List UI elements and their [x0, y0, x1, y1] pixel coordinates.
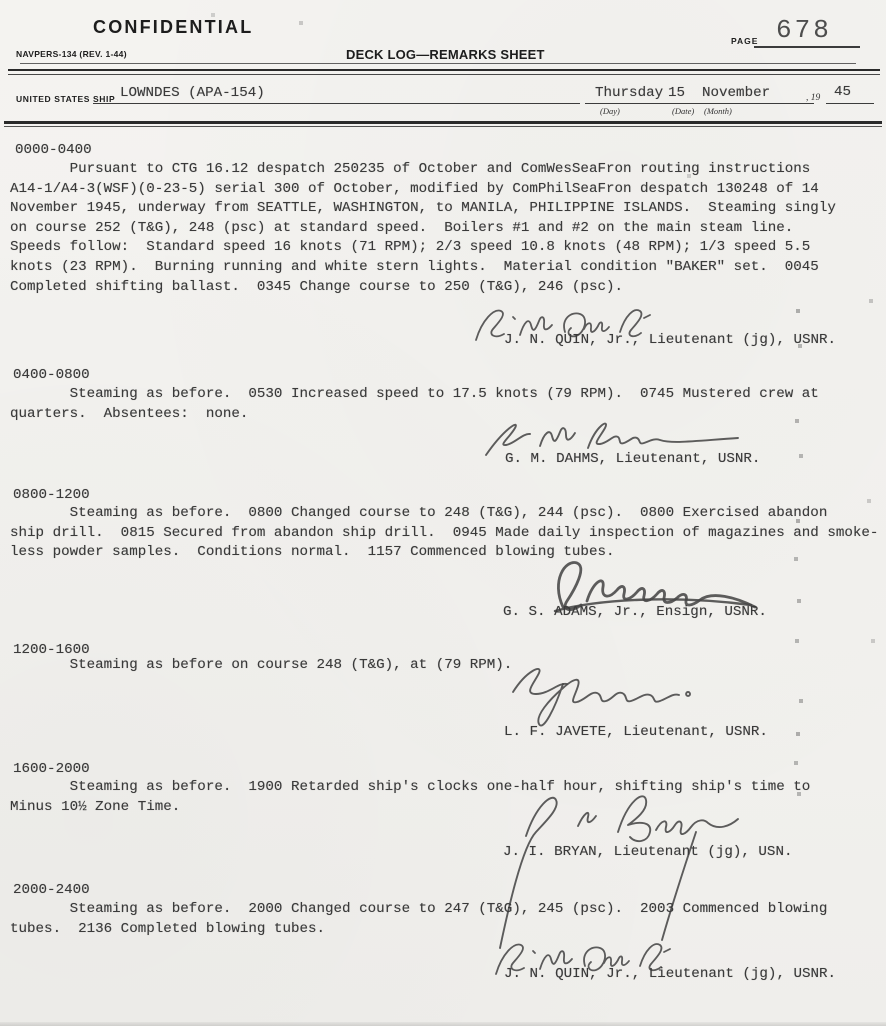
form-number: NAVPERS-134 (REV. 1-44): [16, 49, 127, 59]
page-number: 678: [776, 15, 832, 45]
date-date-value: 15: [668, 84, 685, 104]
scan-specks: [0, 0, 2, 2]
header-thin-rule: [20, 63, 856, 64]
entry-period: 0800-1200: [13, 486, 90, 506]
date-day-value: Thursday: [595, 84, 663, 104]
entry-text: Steaming as before. 0800 Changed course …: [10, 504, 878, 563]
signature-typed: J. I. BRYAN, Lieutenant (jg), USN.: [503, 844, 792, 860]
page-number-underline: [754, 46, 860, 48]
date-underline: [585, 103, 814, 104]
subheader-heavy-rule-1: [4, 121, 882, 124]
header-heavy-rule-1: [8, 69, 880, 71]
entry-text: Steaming as before on course 248 (T&G), …: [10, 656, 512, 676]
signature-typed: J. N. QUIN, Jr., Lieutenant (jg), USNR.: [504, 332, 836, 348]
signature-typed: J. N. QUIN, Jr., Lieutenant (jg), USNR.: [504, 966, 836, 982]
signature-typed: L. F. JAVETE, Lieutenant, USNR.: [504, 724, 768, 740]
entry-text: Steaming as before. 2000 Changed course …: [10, 900, 827, 939]
day-caption: (Day): [600, 106, 620, 116]
scan-bottom-edge: [0, 1022, 886, 1026]
entry-period: 1600-2000: [13, 760, 90, 780]
year-prefix: , 19: [806, 93, 820, 103]
entry-period: 2000-2400: [13, 881, 90, 901]
date-month-value: November: [702, 84, 770, 104]
sheet-title: DECK LOG—REMARKS SHEET: [346, 47, 545, 62]
ship-name-underline: [93, 103, 580, 104]
entry-text: Pursuant to CTG 16.12 despatch 250235 of…: [10, 160, 836, 297]
header-heavy-rule-2: [8, 74, 880, 75]
year-underline: [826, 103, 874, 104]
month-caption: (Month): [704, 106, 732, 116]
page-label: PAGE: [731, 36, 758, 46]
ship-name-value: LOWNDES (APA-154): [120, 84, 265, 104]
signature-typed: G. S. ADAMS, Jr., Ensign, USNR.: [503, 604, 767, 620]
entry-text: Steaming as before. 1900 Retarded ship's…: [10, 778, 810, 817]
deck-log-page: CONFIDENTIAL PAGE 678 NAVPERS-134 (REV. …: [0, 0, 886, 1026]
entry-period: 0000-0400: [15, 141, 92, 161]
year-value: 45: [834, 83, 851, 103]
signature-typed: G. M. DAHMS, Lieutenant, USNR.: [505, 451, 760, 467]
classification-stamp: CONFIDENTIAL: [93, 17, 253, 38]
subheader-heavy-rule-2: [4, 126, 882, 127]
entry-period: 0400-0800: [13, 366, 90, 386]
date-caption: (Date): [672, 106, 694, 116]
